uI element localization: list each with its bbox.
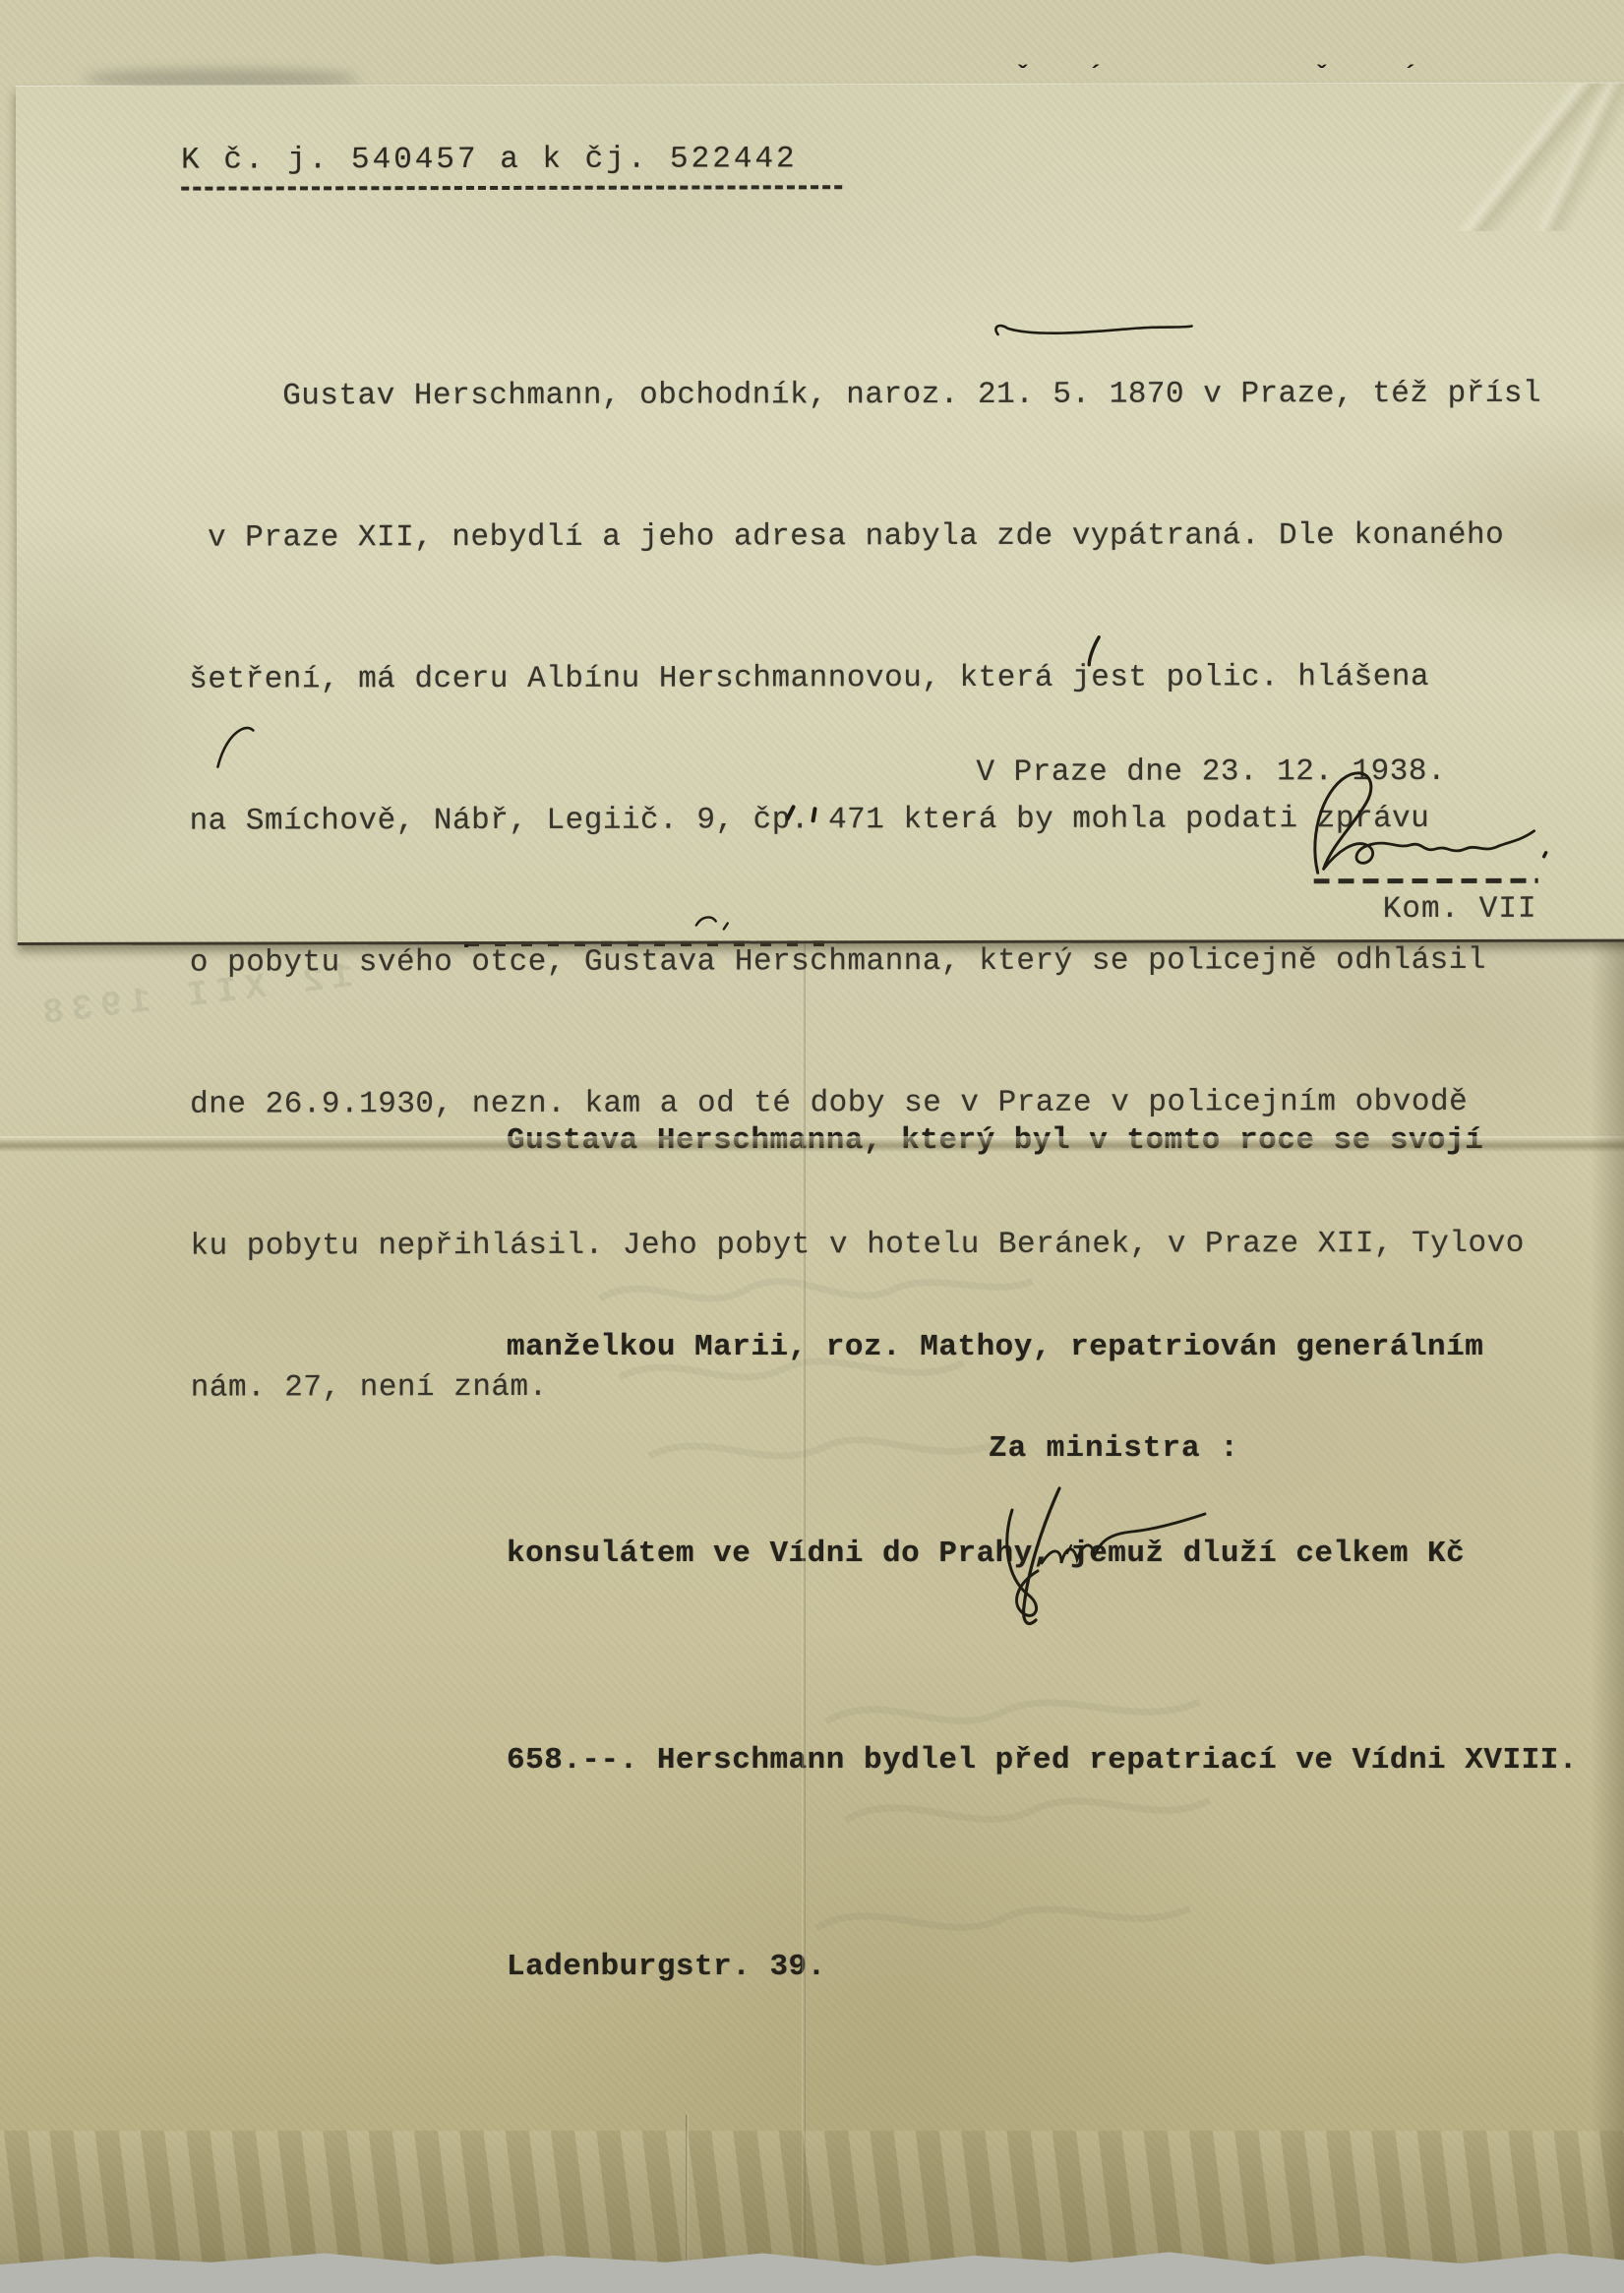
paragraph-line: nám. 27, není znám.: [191, 1362, 1544, 1413]
commissioner-signature: [1303, 762, 1559, 886]
right-edge-shadow: [1591, 939, 1624, 2277]
bleed-through-handwriting-ghost: [807, 1672, 1220, 1997]
paragraph-line: ku pobytu nepřihlásil. Jeho pobyt v hote…: [190, 1221, 1543, 1271]
pen-underline-mark: [991, 320, 1197, 345]
department-line: Kom. VII: [1383, 892, 1537, 927]
pen-tick-mark: [1079, 632, 1109, 671]
stray-pen-stroke: [204, 715, 263, 774]
paragraph-line: šetření, má dceru Albínu Herschmannovou,…: [189, 654, 1542, 704]
top-note-sheet: K č. j. 540457 a k čj. 522442 Gustav Her…: [16, 83, 1624, 945]
paragraph-line: dne 26.9.1930, nezn. kam a od té doby se…: [190, 1079, 1543, 1129]
bottom-edge-tear: [686, 2115, 689, 2278]
ink-dots: [780, 799, 829, 828]
top-note-paragraph: Gustav Herschmann, obchodník, naroz. 21.…: [188, 276, 1543, 1507]
signature-dashed-rule: [1314, 878, 1538, 883]
paragraph-line: Gustav Herschmann, obchodník, naroz. 21.…: [189, 371, 1542, 421]
small-pen-squiggle: [687, 907, 736, 936]
scanned-document: { "top_page": { "reference_line": "K č. …: [0, 0, 1624, 2293]
corner-wrinkle: [1422, 84, 1624, 231]
paragraph-line: v Praze XII, nebydlí a jeho adresa nabyl…: [189, 513, 1542, 563]
paragraph-line: o pobytu svého otce, Gustava Herschmanna…: [190, 937, 1543, 988]
file-reference-line: K č. j. 540457 a k čj. 522442: [181, 142, 842, 190]
